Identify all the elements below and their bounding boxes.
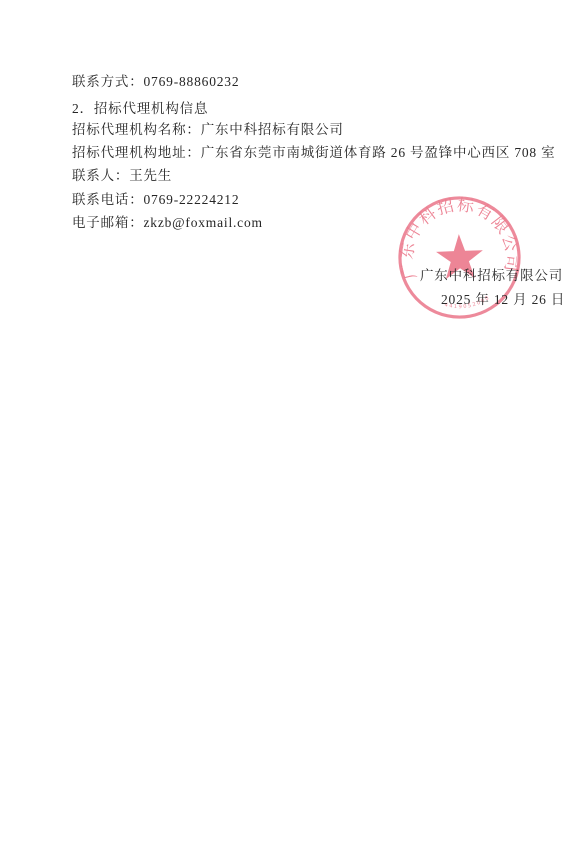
agency-address-line: 招标代理机构地址：广东省东莞市南城街道体育路 26 号盈锋中心西区 708 室 <box>72 145 555 160</box>
signature-company-name: 广东中科招标有限公司 <box>420 264 563 284</box>
contact-person-line: 联系人：王先生 <box>72 168 172 183</box>
email-line: 电子邮箱：zkzb@foxmail.com <box>72 215 263 230</box>
signature-date: 2025 年 12 月 26 日 <box>441 288 565 308</box>
contact-phone-line: 联系电话：0769-22224212 <box>72 192 239 207</box>
agency-name-line: 招标代理机构名称：广东中科招标有限公司 <box>72 122 344 137</box>
section-heading: 2．招标代理机构信息 <box>72 101 208 116</box>
contact-method-line: 联系方式：0769-88860232 <box>72 74 239 89</box>
company-seal-stamp-icon: 广东中科招标有限公司 4419052000 <box>386 184 533 331</box>
document-page: 联系方式：0769-88860232 2．招标代理机构信息 招标代理机构名称：广… <box>0 0 585 842</box>
